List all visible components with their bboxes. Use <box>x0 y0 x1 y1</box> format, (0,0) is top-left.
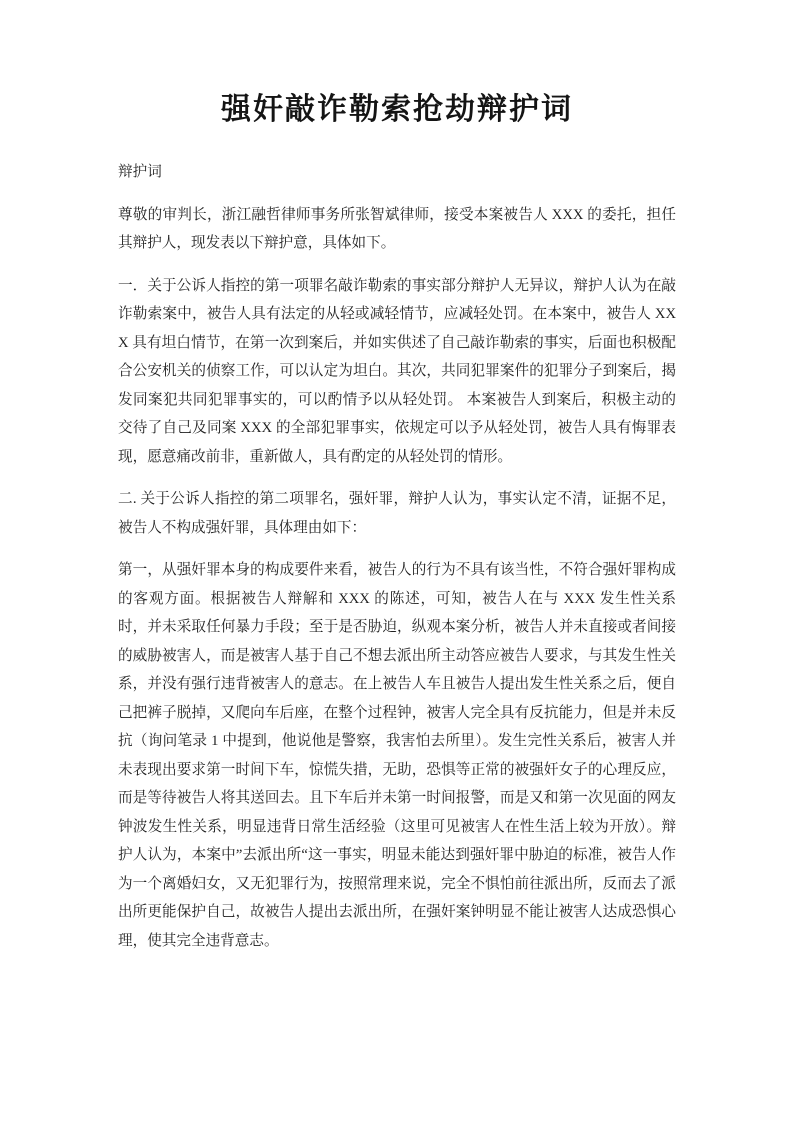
document-body: 辩护词 尊敬的审判长，浙江融哲律师事务所张智斌律师，接受本案被告人 XXX 的委… <box>118 158 676 955</box>
paragraph-salutation: 尊敬的审判长，浙江融哲律师事务所张智斌律师，接受本案被告人 XXX 的委托，担任… <box>118 201 676 258</box>
paragraph-argument-first: 第一，从强奸罪本身的构成要件来看，被告人的行为不具有该当性，不符合强奸罪构成的客… <box>118 556 676 955</box>
document-page: 强奸敲诈勒索抢劫辩护词 辩护词 尊敬的审判长，浙江融哲律师事务所张智斌律师，接受… <box>0 0 793 1122</box>
paragraph-point-one: 一．关于公诉人指控的第一项罪名敲诈勒索的事实部分辩护人无异议，辩护人认为在敲诈勒… <box>118 272 676 472</box>
document-title: 强奸敲诈勒索抢劫辩护词 <box>118 88 676 132</box>
paragraph-label: 辩护词 <box>118 158 676 187</box>
paragraph-point-two: 二. 关于公诉人指控的第二项罪名，强奸罪，辩护人认为，事实认定不清，证据不足，被… <box>118 485 676 542</box>
